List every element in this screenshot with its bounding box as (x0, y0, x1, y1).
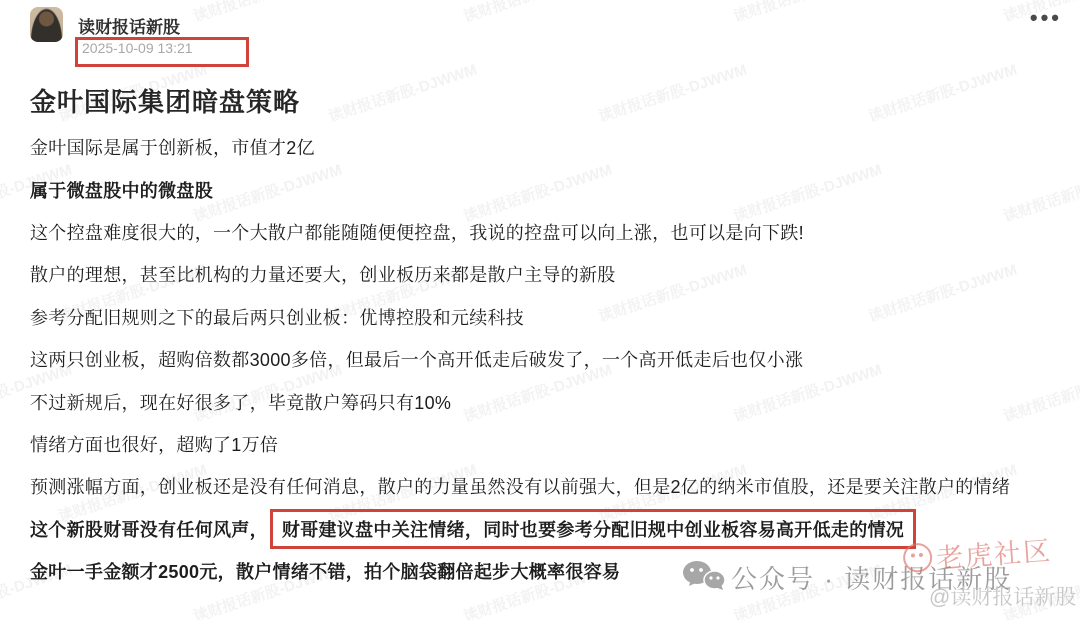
paragraph: 散户的理想，甚至比机构的力量还要大，创业板历来都是散户主导的新股 (30, 253, 1010, 295)
paragraph: 金叶国际是属于创新板，市值才2亿 (30, 126, 1010, 168)
paragraph-highlight: 属于微盘股中的微盘股 (30, 168, 1010, 210)
paragraph: 情绪方面也很好，超购了1万倍 (30, 423, 1010, 465)
advice-boxed-text: 财哥建议盘中关注情绪，同时也要参考分配旧规中创业板容易高开低走的情况 (282, 516, 904, 542)
post-title: 金叶国际集团暗盘策略 (30, 82, 300, 119)
post-screenshot: 读财报话新股-DJWWM读财报话新股-DJWWM读财报话新股-DJWWM读财报话… (0, 0, 1080, 620)
post-timestamp: 2025-10-09 13:21 (82, 40, 193, 56)
avatar[interactable] (30, 7, 63, 42)
tiger-logo-icon (902, 542, 933, 573)
paragraph: 不过新规后，现在好很多了，毕竟散户筹码只有10% (30, 380, 1010, 422)
paragraph: 参考分配旧规则之下的最后两只创业板：优博控股和元续科技 (30, 296, 1010, 338)
tiger-community-text: 老虎社区 (935, 529, 1053, 576)
paragraph: 这个控盘难度很大的，一个大散户都能随随便便控盘，我说的控盘可以向上涨，也可以是向… (30, 211, 1010, 253)
post-body: 金叶国际是属于创新板，市值才2亿 属于微盘股中的微盘股 这个控盘难度很大的，一个… (30, 126, 1010, 592)
timestamp-annotation-box: 2025-10-09 13:21 (75, 37, 249, 67)
paragraph: 预测涨幅方面，创业板还是没有任何消息，散户的力量虽然没有以前强大，但是2亿的纳米… (30, 465, 1010, 507)
paragraph: 这两只创业板，超购倍数都3000多倍，但最后一个高开低走后破发了，一个高开低走后… (30, 338, 1010, 380)
author-username[interactable]: 读财报话新股 (78, 13, 180, 38)
advice-line: 这个新股财哥没有任何风声， 财哥建议盘中关注情绪，同时也要参考分配旧规中创业板容… (30, 508, 1010, 550)
more-menu-icon[interactable]: ••• (1030, 8, 1062, 28)
advice-annotation-box: 财哥建议盘中关注情绪，同时也要参考分配旧规中创业板容易高开低走的情况 (270, 509, 916, 549)
advice-prefix: 这个新股财哥没有任何风声， (30, 516, 268, 542)
author-handle-watermark: @读财报话新股 (929, 581, 1076, 611)
wechat-logo-icon (681, 560, 727, 597)
